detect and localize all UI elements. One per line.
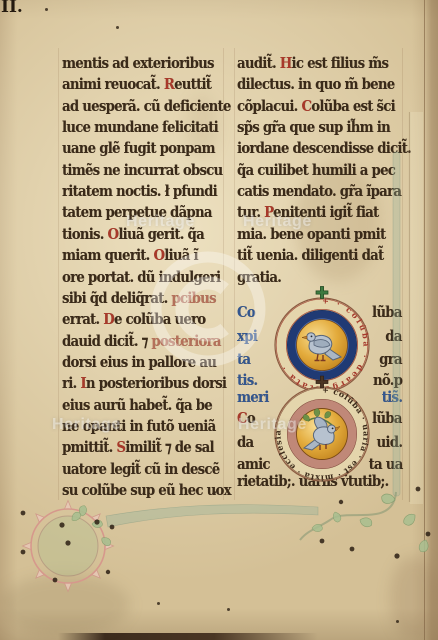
bottom-border-ornament	[21, 487, 431, 592]
medallion-varied-dove: + colũba · uaria · est · mixta · ecclesi…	[272, 376, 371, 484]
left-roundel-ornament	[21, 501, 115, 592]
manuscript-page: II. mentis ad exterioribusanimi reuocat̃…	[0, 0, 438, 640]
right-margin-flourish-bar	[393, 112, 423, 504]
illumination-layer: + · colũba · deargentata ·	[0, 0, 438, 640]
border-band	[106, 505, 318, 527]
